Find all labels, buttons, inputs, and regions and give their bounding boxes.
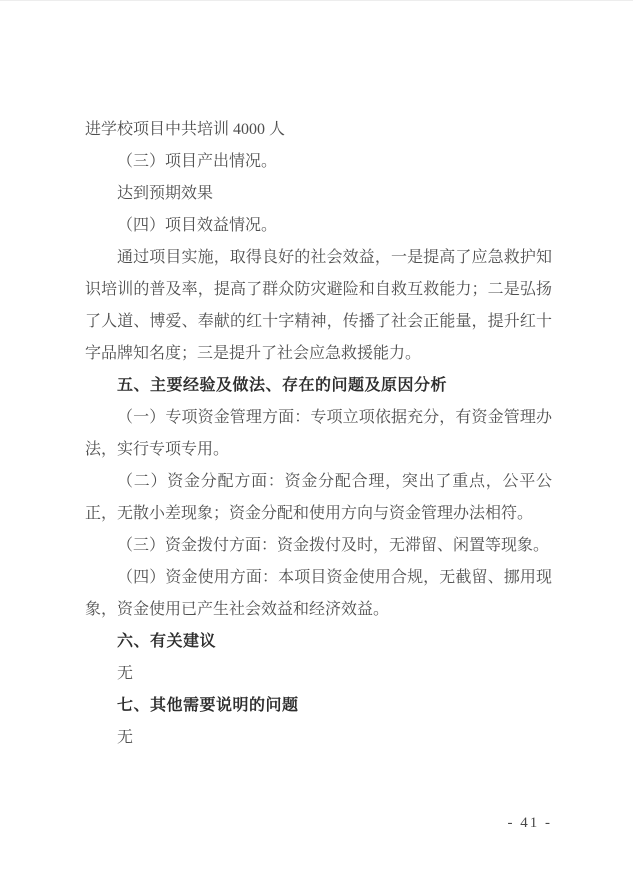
paragraph-social-benefit: 通过项目实施，取得良好的社会效益，一是提高了应急救护知识培训的普及率，提高了群众…: [85, 242, 552, 370]
section-heading-suggestions: 六、有关建议: [85, 626, 552, 658]
paragraph-fund-disbursement: （三）资金拨付方面：资金拨付及时，无滞留、闲置等现象。: [85, 530, 552, 562]
document-page: 进学校项目中共培训 4000 人 （三）项目产出情况。 达到预期效果 （四）项目…: [0, 0, 633, 895]
section-heading-other-issues: 七、其他需要说明的问题: [85, 690, 552, 722]
page-footer: - 41 -: [508, 813, 553, 833]
paragraph-expected-result: 达到预期效果: [85, 178, 552, 210]
paragraph-fund-usage: （四）资金使用方面：本项目资金使用合规，无截留、挪用现象，资金使用已产生社会效益…: [85, 562, 552, 626]
paragraph-fund-management: （一）专项资金管理方面：专项立项依据充分，有资金管理办法，实行专项专用。: [85, 402, 552, 466]
paragraph-other-issues-none: 无: [85, 722, 552, 754]
section-heading-experience: 五、主要经验及做法、存在的问题及原因分析: [85, 370, 552, 402]
paragraph-project-output-label: （三）项目产出情况。: [85, 146, 552, 178]
paragraph-suggestions-none: 无: [85, 658, 552, 690]
document-content: 进学校项目中共培训 4000 人 （三）项目产出情况。 达到预期效果 （四）项目…: [0, 1, 633, 754]
paragraph-fund-allocation: （二）资金分配方面：资金分配合理，突出了重点，公平公正，无散小差现象；资金分配和…: [85, 466, 552, 530]
paragraph-project-benefit-label: （四）项目效益情况。: [85, 210, 552, 242]
page-number: - 41 -: [508, 815, 553, 831]
paragraph-training-count: 进学校项目中共培训 4000 人: [85, 114, 552, 146]
